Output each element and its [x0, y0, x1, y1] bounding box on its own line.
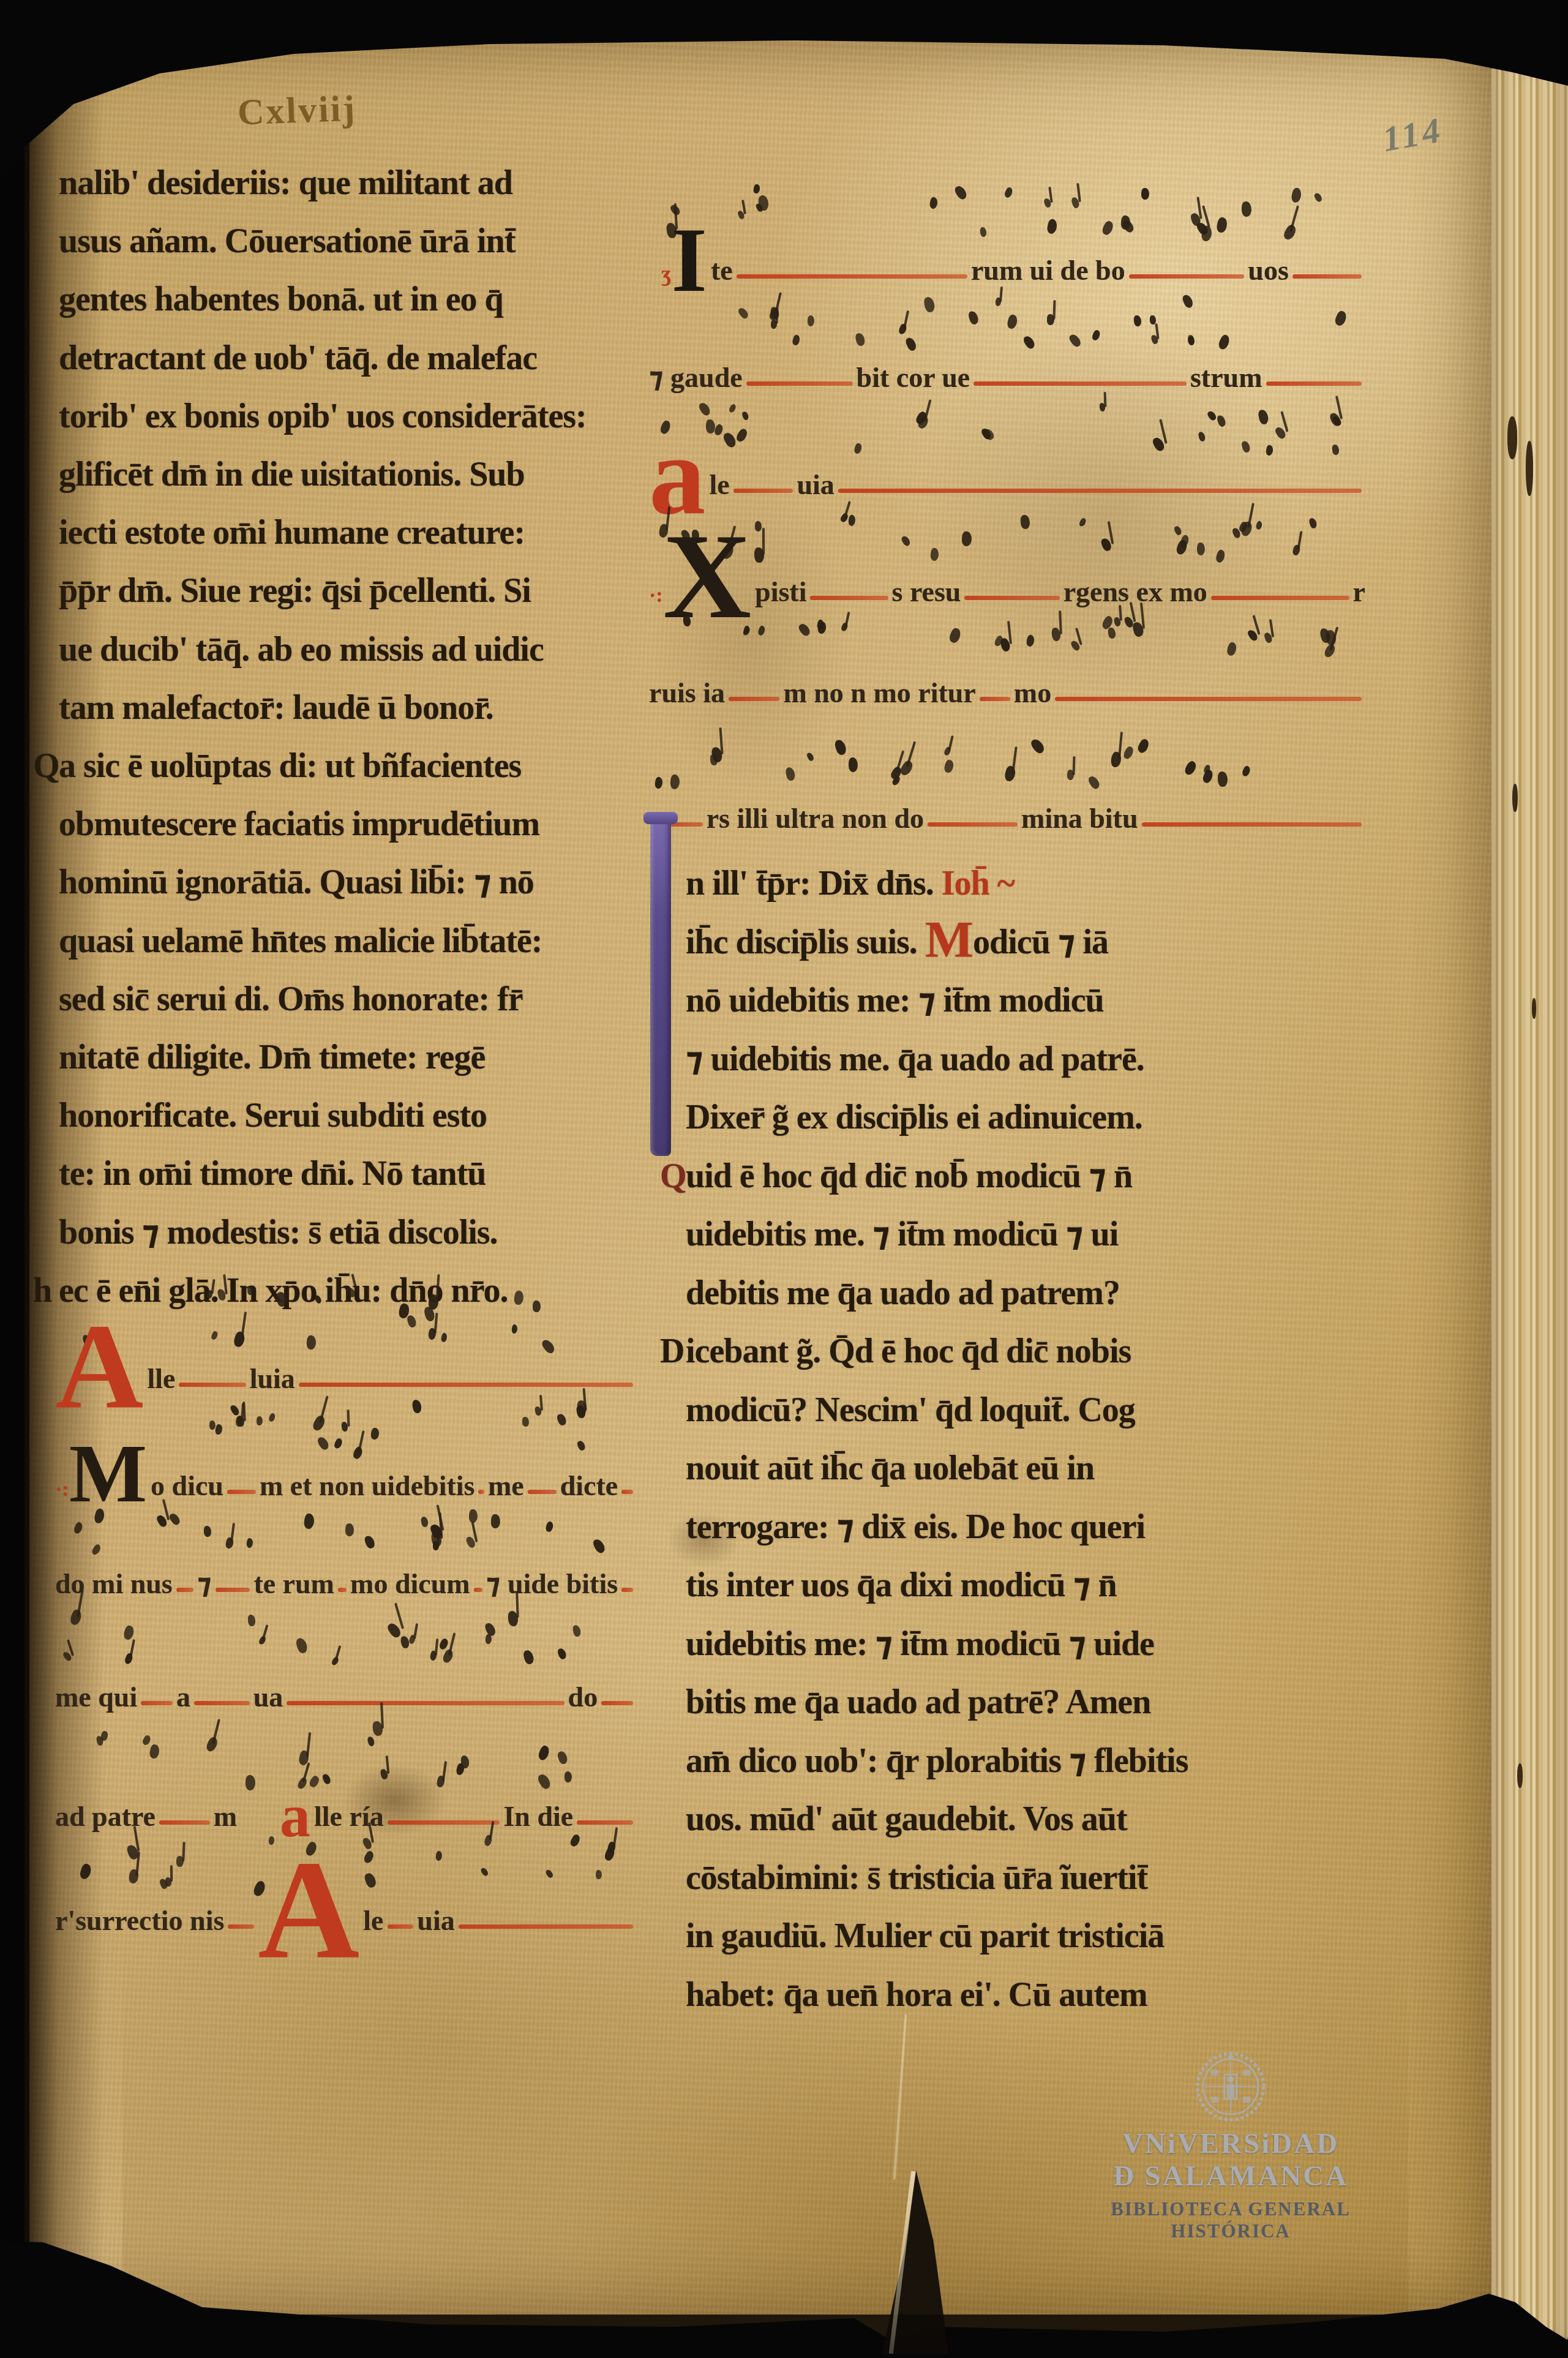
chant-staff-line: [159, 1820, 210, 1825]
text-run: n ill' t̄p̄r: Dix̄ dn̄s.: [686, 865, 942, 903]
text-run: Dixer̄ g̃ ex discip̄lis ei adinuicem.: [686, 1098, 1142, 1136]
text-run: odicū ⁊ iā: [973, 923, 1108, 961]
text-run: iecti estote om̄i humane creature:: [59, 514, 525, 552]
chant-syllable: o dicu: [151, 1472, 223, 1500]
chant-staff-line: [733, 489, 793, 493]
neume-mark: [441, 1648, 455, 1664]
chant-staff-line: [194, 1701, 250, 1705]
neume-mark: [1242, 201, 1252, 217]
text-run: hominū ignorātiā. Quasi lib̄i: ⁊ nō: [59, 863, 534, 901]
fore-edge-ink-spot: [1532, 998, 1536, 1019]
neume-mark: [1226, 641, 1238, 656]
chant-line: ·:Mo dicum et non uidebitismedicte: [55, 1399, 637, 1500]
neume-mark: [968, 310, 980, 325]
manuscript-text-line: tam malefactor̄: laudē ū bonor̄.: [59, 679, 656, 737]
chant-syllable: rgens ex mo: [1063, 578, 1207, 606]
book-fore-edge: [1491, 51, 1568, 2351]
chant-staff-line: [1055, 697, 1362, 701]
neume-mark: [229, 1403, 240, 1416]
neume-mark: [670, 775, 681, 790]
text-run: ih̄c discip̄lis suis.: [686, 923, 925, 961]
neume-mark: [923, 296, 936, 312]
text-run: nitatē diligite. Dm̄ timete: regē: [59, 1038, 485, 1076]
neume-mark: [314, 1294, 323, 1304]
chant-staff-line: [1142, 822, 1362, 827]
manuscript-text-line: honorificate. Serui subditi esto: [59, 1087, 656, 1145]
neumes-band: [55, 1607, 637, 1677]
neume-mark: [93, 1508, 106, 1524]
neume-mark: [737, 306, 749, 320]
neume-mark: [806, 752, 814, 762]
text-run: ⁊ uidebitis me. q̄a uado ad patrē.: [686, 1040, 1144, 1078]
neume-mark: [1108, 628, 1116, 639]
neume-stem: [1073, 756, 1076, 775]
chant-line: ·:Xpistis resurgens ex mor: [649, 511, 1365, 606]
neume-stem: [442, 1761, 447, 1781]
neume-mark: [400, 1635, 410, 1649]
text-run: a sic ē uolūptas di: ut bñfacientes: [59, 747, 521, 785]
chant-staff-line: [621, 1588, 633, 1592]
chant-text-row: do mi nus⁊te rummo dicum⁊ uide bitis: [55, 1570, 637, 1598]
manuscript-text-line: uidebitis me: ⁊ it̄m modicū ⁊ uide: [686, 1615, 1368, 1674]
neume-mark: [1003, 186, 1014, 198]
neume-mark: [204, 1736, 219, 1753]
neume-mark: [295, 1637, 309, 1654]
neume-stem: [413, 1623, 418, 1639]
text-run: tam malefactor̄: laudē ū bonor̄.: [59, 689, 493, 727]
text-run: habet: q̄a uen̄ hora ei'. Cū autem: [686, 1976, 1147, 2014]
neume-mark: [367, 1736, 375, 1747]
neume-mark: [557, 1648, 568, 1661]
neume-mark: [214, 1424, 223, 1435]
chant-staff-line: [287, 1701, 564, 1705]
manuscript-text-line: detractant de uob' tāq̄. de malefac: [59, 329, 656, 388]
text-run: bonis ⁊ modestis: s̄ etiā discolis.: [59, 1214, 498, 1252]
neume-mark: [898, 323, 908, 335]
neume-mark: [141, 1734, 151, 1746]
neume-mark: [905, 336, 918, 351]
neume-mark: [1122, 745, 1136, 760]
manuscript-text-line: p̄p̄r dm̄. Siue regi: q̄si p̄cellenti. S…: [59, 562, 656, 620]
manuscript-text-line: terrogare: ⁊ dix̄ eis. De hoc queri: [686, 1498, 1368, 1557]
neume-mark: [807, 315, 815, 326]
chant-syllable: pisti: [755, 578, 806, 606]
neume-mark: [1291, 187, 1303, 204]
chant-syllable: r'surrectio nis: [55, 1907, 224, 1935]
chant-syllable: mo dicum: [350, 1570, 470, 1598]
chant-syllable: do: [568, 1683, 598, 1711]
neume-mark: [421, 1517, 429, 1528]
manuscript-text-line: gentes habentes bonā. ut in eo q̄: [59, 271, 656, 329]
chant-staff-line: [810, 596, 888, 600]
neume-mark: [564, 1771, 572, 1782]
text-run: te: in om̄i timore dn̄i. Nō tantū: [59, 1155, 486, 1193]
neume-mark: [247, 1286, 252, 1295]
chant-syllable: ua: [253, 1683, 283, 1711]
text-run: glificēt dm̄ in die uisitationis. Sub: [59, 456, 525, 494]
chant-text-row: r'surrectio nisAleuia: [55, 1833, 637, 1935]
manuscript-text-line: glificēt dm̄ in die uisitationis. Sub: [59, 446, 656, 504]
text-run: uos. mūd' aūt gaudebit. Vos aūt: [686, 1800, 1127, 1838]
manuscript-text-line: Qa sic ē uolūptas di: ut bñfacientes: [59, 737, 656, 795]
chant-staff-line: [474, 1588, 482, 1592]
chant-gap: [237, 1830, 280, 1831]
manuscript-text-line: bitis me q̄a uado ad patrē? Amen: [686, 1673, 1368, 1732]
chant-line: ad patremalle ríaIn die: [55, 1721, 637, 1831]
neume-mark: [1133, 315, 1141, 327]
neume-mark: [122, 1624, 135, 1641]
chant-syllable: ⁊ gaude: [649, 364, 743, 392]
neume-mark: [345, 1523, 354, 1537]
neume-mark: [655, 776, 664, 789]
chant-syllable: r: [1353, 578, 1365, 606]
right-text-column: n ill' t̄p̄r: Dix̄ dn̄s. Ioh̄ ~ih̄c disc…: [686, 855, 1368, 2024]
chant-text-row: ruis iam no n mo riturmo: [649, 679, 1365, 707]
chant-syllable: luia: [250, 1365, 295, 1393]
text-run: ue ducib' tāq̄. ab eo missis ad uidic: [59, 631, 544, 669]
neume-mark: [1068, 332, 1082, 348]
text-run: in gaudiū. Mulier cū parit tristiciā: [686, 1917, 1164, 1955]
chant-staff-line: [964, 596, 1059, 600]
neume-mark: [204, 1526, 211, 1537]
manuscript-text-line: tis inter uos q̄a dixi modicū ⁊ n̄: [686, 1556, 1368, 1615]
neume-mark: [247, 1614, 255, 1626]
text-run: cōstabimini: s̄ tristicia ūr̄a ĩuertit̄: [686, 1859, 1147, 1897]
manuscript-text-line: modicū? Nescim' q̄d loquit̄. Cog: [686, 1381, 1368, 1440]
neume-mark: [557, 1751, 569, 1765]
neume-mark: [148, 1744, 160, 1759]
fore-edge-ink-spot: [1512, 784, 1518, 812]
neume-mark: [785, 767, 796, 781]
manuscript-text-line: torib' ex bonis opib' uos considerātes:: [59, 388, 656, 446]
manuscript-text-line: sed sic̄ serui di. Om̄s honorate: fr̄: [59, 971, 656, 1029]
text-run: gentes habentes bonā. ut in eo q̄: [59, 280, 503, 318]
chant-syllable: a: [176, 1683, 190, 1711]
neume-mark: [438, 1637, 449, 1651]
chant-staff-line: [601, 1701, 633, 1705]
chant-text-row: ʒIterum ui de bouos: [649, 219, 1365, 285]
neume-stem: [435, 1639, 439, 1656]
text-run: bitis me q̄a uado ad patrē? Amen: [686, 1683, 1150, 1721]
neume-mark: [948, 627, 962, 644]
chant-syllable: ·:: [55, 1479, 69, 1500]
manuscript-text-line: ⁊ uidebitis me. q̄a uado ad patrē.: [686, 1031, 1368, 1089]
chant-syllable: do mi nus: [55, 1570, 173, 1598]
neume-mark: [1217, 334, 1232, 351]
chant-syllable: me: [488, 1472, 524, 1500]
chant-syllable: ⁊ uide bitis: [486, 1570, 618, 1598]
marginal-initial: Q: [33, 737, 59, 795]
neume-mark: [370, 1427, 380, 1441]
neume-mark: [321, 1773, 331, 1785]
text-run: nō uidebitis me: ⁊ it̄m modicū: [686, 982, 1104, 1019]
chant-syllable: le: [363, 1907, 383, 1935]
manuscript-text-line: habet: q̄a uen̄ hora ei'. Cū autem: [686, 1966, 1368, 2025]
neume-mark: [1241, 765, 1251, 778]
neume-mark: [363, 1534, 375, 1550]
fore-edge-ink-spot: [1507, 416, 1517, 459]
manuscript-text-line: obmutescere faciatis imprudētium: [59, 795, 656, 854]
neume-mark: [758, 195, 769, 211]
neume-mark: [1029, 737, 1046, 756]
chant-initial: a: [649, 435, 706, 516]
neume-mark: [268, 1413, 277, 1422]
neume-stem: [230, 1523, 235, 1542]
neumes-band: [55, 1721, 637, 1797]
chant-staff-line: [176, 1588, 193, 1592]
chant-staff-line: [179, 1383, 246, 1387]
chant-staff-line: [838, 489, 1362, 493]
neume-stem: [386, 1755, 390, 1774]
neumes-band: [649, 294, 1365, 358]
neume-mark: [91, 1543, 102, 1556]
chant-syllable: In die: [503, 1803, 573, 1831]
chant-staff-line: [528, 1490, 557, 1494]
manuscript-text-line: Dicebant g̃. Q̄d ē hoc q̄d dic̄ nobis: [686, 1323, 1368, 1381]
neume-mark: [792, 334, 801, 346]
text-run: uid ē hoc q̄d dic̄ nob̄ modicū ⁊ n̄: [686, 1157, 1132, 1195]
chant-staff-line: [737, 274, 967, 279]
neume-mark: [1003, 765, 1017, 782]
neume-mark: [168, 1512, 181, 1526]
chant-syllable: te: [711, 257, 733, 285]
neume-mark: [855, 332, 866, 347]
chant-syllable: m: [214, 1803, 237, 1831]
neume-mark: [753, 184, 761, 194]
chant-text-row: Alleluia: [55, 1305, 637, 1393]
text-run: uidebitis me: ⁊ it̄m modicū ⁊ uide: [686, 1625, 1154, 1663]
neume-mark: [514, 1290, 525, 1305]
chant-initial: M: [69, 1444, 147, 1504]
chant-syllable: s resu: [892, 578, 961, 606]
neume-mark: [741, 626, 751, 636]
text-run: uidebitis me. ⁊ it̄m modicū ⁊ ui: [686, 1215, 1118, 1253]
manuscript-text-line: ih̄c discip̄lis suis. Modicū ⁊ iā: [686, 914, 1368, 972]
neume-mark: [545, 1520, 555, 1533]
neume-mark: [1136, 738, 1151, 755]
chant-line: ruis iam no n mo riturmo: [649, 615, 1365, 707]
neume-mark: [1182, 293, 1195, 309]
neume-stem: [1052, 300, 1056, 320]
text-run: modicū? Nescim' q̄d loquit̄. Cog: [686, 1391, 1135, 1429]
text-run: p̄p̄r dm̄. Siue regi: q̄si p̄cellenti. S…: [59, 572, 531, 610]
neume-mark: [1087, 775, 1101, 790]
manuscript-text-line: in gaudiū. Mulier cū parit tristiciā: [686, 1907, 1368, 1966]
chant-staff-line: [577, 1820, 633, 1825]
manuscript-text-line: nitatē diligite. Dm̄ timete: regē: [59, 1029, 656, 1087]
chant-initial: A: [55, 1323, 143, 1411]
chant-line: Alleluia: [55, 1286, 637, 1393]
neume-mark: [556, 1413, 567, 1427]
text-run: sed sic̄ serui di. Om̄s honorate: fr̄: [59, 980, 523, 1018]
manuscript-text-line: Dixer̄ g̃ ex discip̄lis ei adinuicem.: [686, 1089, 1368, 1147]
marginal-initial: D: [660, 1323, 684, 1381]
chant-line: ⁊ gaudebit cor uestrum: [649, 294, 1365, 392]
chant-syllable: uos: [1248, 257, 1288, 285]
text-run: detractant de uob' tāq̄. de malefac: [59, 339, 537, 377]
chant-syllable: m et non uidebitis: [260, 1472, 475, 1500]
chant-staff-line: [388, 1924, 414, 1929]
chant-initial: A: [258, 1859, 359, 1961]
neume-mark: [943, 759, 955, 774]
neume-mark: [537, 1744, 551, 1762]
manuscript-text-line: ue ducib' tāq̄. ab eo missis ad uidic: [59, 621, 656, 679]
neume-mark: [1141, 188, 1149, 200]
manuscript-text-line: uos. mūd' aūt gaudebit. Vos aūt: [686, 1790, 1368, 1849]
text-run: quasi uelamē hn̄tes malicie lib̄tatē:: [59, 922, 542, 960]
folio-heading: Cxlviij: [237, 88, 358, 134]
chant-staff-line: [980, 697, 1010, 701]
chant-line: aleuia: [649, 401, 1365, 499]
manuscript-text-line: bonis ⁊ modestis: s̄ etiā discolis.: [59, 1204, 656, 1262]
chant-syllable: ·:: [649, 585, 663, 606]
manuscript-text-line: cōstabimini: s̄ tristicia ūr̄a ĩuertit̄: [686, 1849, 1368, 1908]
chant-syllable: le: [710, 471, 730, 499]
chant-text-row: ad patremalle ríaIn die: [55, 1787, 637, 1831]
chant-text-row: ⁊ gaudebit cor uestrum: [649, 364, 1365, 392]
marginal-initial: h: [33, 1262, 51, 1320]
manuscript-text-line: nouit aūt ih̄c q̄a uolebāt eū in: [686, 1440, 1368, 1498]
neume-mark: [683, 615, 691, 627]
neume-stem: [999, 287, 1003, 302]
chant-staff-line: [459, 1924, 633, 1929]
neume-mark: [468, 1509, 478, 1523]
neume-stem: [948, 735, 954, 751]
neume-mark: [69, 1609, 83, 1626]
neume-mark: [1183, 760, 1198, 777]
chant-staff-line: [746, 381, 853, 386]
chant-staff-line: [478, 1490, 484, 1494]
rubric-text: M: [925, 920, 973, 961]
chant-syllable: ruis ia: [649, 679, 725, 707]
neume-mark: [1006, 314, 1019, 329]
text-run: icebant g̃. Q̄d ē hoc q̄d dic̄ nobis: [686, 1332, 1131, 1370]
chant-line: me quiauado: [55, 1607, 637, 1711]
text-run: debitis me q̄a uado ad patrem?: [686, 1274, 1120, 1312]
manuscript-text-line: nō uidebitis me: ⁊ it̄m modicū: [686, 972, 1368, 1031]
neume-mark: [797, 622, 811, 637]
manuscript-text-line: te: in om̄i timore dn̄i. Nō tantū: [59, 1145, 656, 1203]
chant-staff-line: [216, 1588, 250, 1592]
neume-mark: [303, 1513, 315, 1530]
neume-mark: [577, 1400, 587, 1414]
neume-mark: [1188, 335, 1194, 344]
text-run: terrogare: ⁊ dix̄ eis. De hoc queri: [686, 1508, 1145, 1546]
fore-edge-ink-spot: [1517, 1763, 1523, 1788]
chant-staff-line: [338, 1588, 347, 1592]
chant-syllable: rum ui de bo: [971, 257, 1125, 285]
chant-syllable: strum: [1190, 364, 1262, 392]
neume-mark: [592, 1537, 607, 1554]
rubric-text: Ioh̄ ~: [942, 865, 1015, 903]
manuscript-text-line: usus añam. Cōuersationē ūrā int̄: [59, 212, 656, 271]
chant-staff-line: [1266, 381, 1362, 386]
chant-staff-line: [388, 1820, 500, 1825]
manuscript-text-line: Quid ē hoc q̄d dic̄ nob̄ modicū ⁊ n̄: [686, 1147, 1368, 1206]
neume-mark: [849, 757, 858, 772]
neume-mark: [1026, 634, 1035, 647]
manuscript-text-line: n ill' t̄p̄r: Dix̄ dn̄s. Ioh̄ ~: [686, 855, 1368, 914]
chant-syllable: uia: [797, 471, 834, 499]
chant-syllable: ⁊: [197, 1570, 212, 1598]
chant-syllable: ʒ: [661, 263, 672, 285]
manuscript-text-line: quasi uelamē hn̄tes malicie lib̄tatē:: [59, 912, 656, 971]
text-run: usus añam. Cōuersationē ūrā int̄: [59, 222, 515, 260]
chant-staff-line: [729, 697, 779, 701]
chant-gap: [649, 284, 661, 285]
chant-syllable: mina bitu: [1021, 805, 1138, 833]
text-run: am̄ dico uob': q̄r plorabitis ⁊ flebitis: [686, 1742, 1188, 1780]
chant-staff-line: [1292, 274, 1362, 279]
fore-edge-ink-spot: [1526, 441, 1533, 496]
purple-initial-I: [650, 816, 671, 1156]
neume-mark: [953, 184, 969, 201]
neume-mark: [523, 1650, 535, 1665]
chant-text-row: rs illi ultra non domina bitu: [649, 805, 1365, 833]
neume-mark: [1313, 192, 1322, 203]
neume-mark: [522, 1417, 529, 1427]
text-run: nalib' desideriis: que militant ad: [59, 164, 512, 202]
chant-line: ʒIterum ui de bouos: [649, 184, 1365, 285]
chant-line: r'surrectio nisAleuia: [55, 1834, 637, 1935]
chant-initial: X: [663, 533, 751, 621]
manuscript-text-line: am̄ dico uob': q̄r plorabitis ⁊ flebitis: [686, 1732, 1368, 1791]
neume-mark: [757, 625, 766, 636]
chant-staff-line: [1211, 596, 1349, 600]
neume-mark: [246, 1538, 253, 1548]
neume-mark: [124, 1653, 134, 1665]
neume-mark: [1333, 309, 1348, 326]
chant-syllable: m no n mo ritur: [783, 679, 975, 707]
chant-staff-line: [1129, 274, 1245, 279]
neume-mark: [572, 1624, 581, 1637]
neumes-band: [649, 615, 1365, 673]
neume-mark: [256, 1416, 263, 1425]
neume-stem: [775, 307, 778, 324]
neume-mark: [72, 1522, 84, 1535]
neume-mark: [1022, 334, 1036, 350]
chant-staff-line: [227, 1490, 256, 1494]
neume-mark: [728, 404, 737, 414]
chant-staff-line: [141, 1701, 173, 1705]
neume-mark: [490, 1514, 500, 1528]
neume-mark: [412, 1399, 422, 1414]
left-text-column: nalib' desideriis: que militant adusus a…: [59, 154, 656, 1320]
chant-syllable: lle ría: [314, 1803, 384, 1831]
chant-staff-line: [621, 1490, 633, 1494]
neume-mark: [1218, 772, 1228, 787]
manuscript-photo: Cxlviij 114 nalib' desideriis: que milit…: [0, 0, 1568, 2358]
text-run: nouit aūt ih̄c q̄a uolebāt eū in: [686, 1449, 1094, 1487]
chant-syllable: mo: [1014, 679, 1051, 707]
neume-stem: [347, 1410, 350, 1427]
text-run: honorificate. Serui subditi esto: [59, 1097, 487, 1135]
chant-staff-line: [928, 822, 1018, 827]
chant-syllable: te rum: [253, 1570, 334, 1598]
chant-text-row: ·:Xpistis resurgens ex mor: [649, 518, 1365, 606]
neume-mark: [311, 1414, 328, 1433]
chant-syllable: uia: [417, 1907, 454, 1935]
text-run: obmutescere faciatis imprudētium: [59, 805, 539, 843]
chant-staff-line: [973, 381, 1187, 386]
text-run: tis inter uos q̄a dixi modicū ⁊ n̄: [686, 1566, 1117, 1604]
chant-staff-line: [299, 1383, 633, 1387]
chant-syllable: rs illi ultra non do: [707, 805, 924, 833]
chant-line: rs illi ultra non domina bitu: [649, 738, 1365, 833]
manuscript-text-line: iecti estote om̄i humane creature:: [59, 504, 656, 562]
neume-mark: [834, 738, 848, 756]
chant-syllable: ad patre: [55, 1803, 156, 1831]
